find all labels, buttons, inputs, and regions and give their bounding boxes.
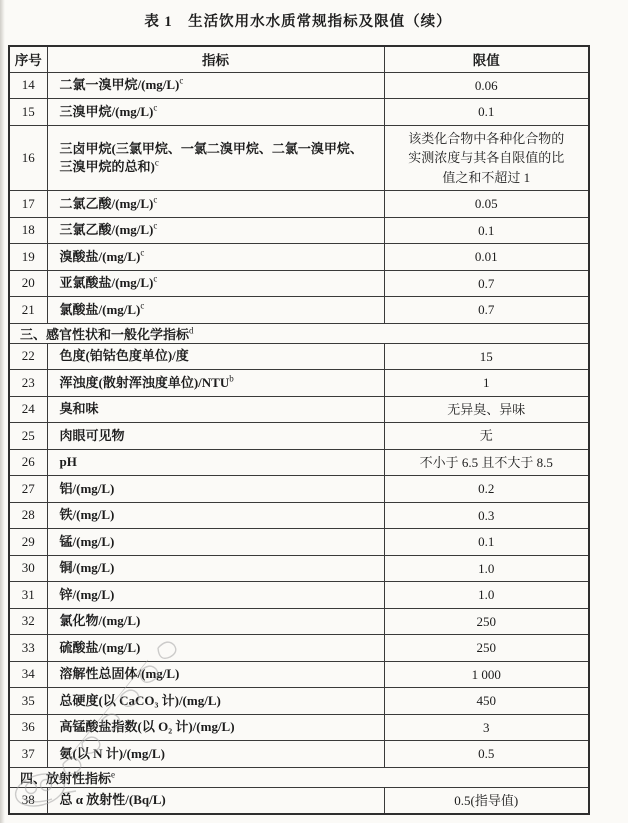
- limit-value: 15: [480, 349, 493, 364]
- limit-cell: 0.5: [384, 741, 589, 768]
- limit-cell: 250: [384, 635, 589, 662]
- limit-cell: 0.7: [384, 270, 589, 297]
- limit-value: 1.0: [478, 587, 494, 602]
- limit-cell: 1.0: [384, 582, 589, 609]
- limit-value: 无异臭、异味: [447, 402, 525, 417]
- indicator-cell: 溶解性总固体/(mg/L): [47, 661, 384, 688]
- indicator-cell: 臭和味: [47, 396, 384, 423]
- limit-value: 1.0: [478, 561, 494, 576]
- indicator-cell: 总 α 放射性/(Bq/L): [47, 787, 384, 814]
- header-row: 序号 指标 限值: [9, 46, 589, 72]
- table-row: 25肉眼可见物无: [9, 423, 589, 450]
- limit-value: 0.01: [475, 249, 498, 264]
- indicator-cell: 铁/(mg/L): [47, 502, 384, 529]
- limit-cell: 250: [384, 608, 589, 635]
- limit-value: 0.5: [478, 746, 494, 761]
- table-row: 20亚氯酸盐/(mg/L)c0.7: [9, 270, 589, 297]
- section-label: 四、放射性指标e: [9, 767, 589, 787]
- table-row: 34溶解性总固体/(mg/L)1 000: [9, 661, 589, 688]
- row-number: 21: [9, 297, 47, 324]
- indicator-label: 铜/(mg/L): [60, 560, 115, 575]
- section-label: 三、感官性状和一般化学指标d: [9, 323, 589, 343]
- limit-cell: 该类化合物中各种化合物的实测浓度与其各自限值的比值之和不超过 1: [384, 125, 589, 191]
- footnote-superscript: c: [153, 274, 157, 284]
- limit-cell: 0.06: [384, 72, 589, 99]
- row-number: 34: [9, 661, 47, 688]
- table-row: 17二氯乙酸/(mg/L)c0.05: [9, 191, 589, 218]
- indicator-label: 氯化物/(mg/L): [60, 613, 141, 628]
- table-row: 38总 α 放射性/(Bq/L)0.5(指导值): [9, 787, 589, 814]
- limit-value: 0.2: [478, 481, 494, 496]
- indicator-cell: 肉眼可见物: [47, 423, 384, 450]
- limit-value: 不小于 6.5 且不大于 8.5: [420, 455, 553, 470]
- footnote-superscript: c: [153, 194, 157, 204]
- footnote-superscript: e: [111, 769, 115, 779]
- limit-cell: 15: [384, 343, 589, 370]
- indicator-label: 亚氯酸盐/(mg/L): [60, 275, 154, 290]
- limit-value: 1 000: [472, 667, 501, 682]
- indicator-cell: 氨(以 N 计)/(mg/L): [47, 741, 384, 768]
- row-number: 36: [9, 714, 47, 741]
- header-cell-no: 序号: [9, 46, 47, 72]
- limit-value: 0.7: [478, 302, 494, 317]
- row-number: 24: [9, 396, 47, 423]
- row-number: 32: [9, 608, 47, 635]
- row-number: 25: [9, 423, 47, 450]
- indicator-label: 溴酸盐/(mg/L): [60, 249, 141, 264]
- footnote-superscript: c: [155, 157, 159, 167]
- table-row: 22色度(铂钴色度单位)/度15: [9, 343, 589, 370]
- limit-value: 无: [480, 428, 493, 443]
- table-row: 18三氯乙酸/(mg/L)c0.1: [9, 217, 589, 244]
- table-row: 15三溴甲烷/(mg/L)c0.1: [9, 99, 589, 126]
- footnote-superscript: c: [153, 102, 157, 112]
- table-row: 16三卤甲烷(三氯甲烷、一氯二溴甲烷、二氯一溴甲烷、三溴甲烷的总和)c该类化合物…: [9, 125, 589, 191]
- table-body: 14二氯一溴甲烷/(mg/L)c0.0615三溴甲烷/(mg/L)c0.116三…: [9, 72, 589, 814]
- limit-value: 0.3: [478, 508, 494, 523]
- limit-cell: 0.2: [384, 476, 589, 503]
- indicator-cell: 亚氯酸盐/(mg/L)c: [47, 270, 384, 297]
- indicator-label: 三溴甲烷/(mg/L): [60, 104, 154, 119]
- limit-cell: 450: [384, 688, 589, 715]
- indicator-label: pH: [60, 454, 77, 469]
- indicator-label: 氨(以 N 计)/(mg/L): [60, 746, 165, 761]
- row-number: 31: [9, 582, 47, 609]
- limit-cell: 0.1: [384, 99, 589, 126]
- indicator-label: 总 α 放射性/(Bq/L): [60, 792, 166, 807]
- row-number: 14: [9, 72, 47, 99]
- indicator-label: 色度(铂钴色度单位)/度: [60, 348, 189, 363]
- table-row: 26pH不小于 6.5 且不大于 8.5: [9, 449, 589, 476]
- table-row: 33硫酸盐/(mg/L)250: [9, 635, 589, 662]
- table-row: 36高锰酸盐指数(以 O₂ 计)/(mg/L)3: [9, 714, 589, 741]
- limit-value: 0.1: [478, 534, 494, 549]
- indicator-label: 锌/(mg/L): [60, 587, 115, 602]
- header-cell-limit: 限值: [384, 46, 589, 72]
- limit-value: 0.06: [475, 78, 498, 93]
- indicator-cell: 氯酸盐/(mg/L)c: [47, 297, 384, 324]
- indicator-label: 二氯乙酸/(mg/L): [60, 196, 154, 211]
- header-cell-indicator: 指标: [47, 46, 384, 72]
- indicator-cell: 三溴甲烷/(mg/L)c: [47, 99, 384, 126]
- indicator-cell: pH: [47, 449, 384, 476]
- indicator-cell: 浑浊度(散射浑浊度单位)/NTUb: [47, 370, 384, 397]
- row-number: 35: [9, 688, 47, 715]
- limit-cell: 不小于 6.5 且不大于 8.5: [384, 449, 589, 476]
- row-number: 29: [9, 529, 47, 556]
- water-quality-table: 序号 指标 限值 14二氯一溴甲烷/(mg/L)c0.0615三溴甲烷/(mg/…: [8, 45, 590, 815]
- limit-value: 250: [477, 614, 497, 629]
- indicator-cell: 色度(铂钴色度单位)/度: [47, 343, 384, 370]
- document-page: 表 1 生活饮用水水质常规指标及限值（续） 序号 指标 限值 14二氯一溴甲烷/…: [0, 0, 628, 823]
- indicator-cell: 二氯乙酸/(mg/L)c: [47, 191, 384, 218]
- indicator-label: 氯酸盐/(mg/L): [60, 302, 141, 317]
- row-number: 28: [9, 502, 47, 529]
- footnote-superscript: c: [153, 221, 157, 231]
- limit-value: 该类化合物中各种化合物的实测浓度与其各自限值的比值之和不超过 1: [408, 131, 564, 185]
- indicator-label: 铝/(mg/L): [60, 481, 115, 496]
- table-row: 30铜/(mg/L)1.0: [9, 555, 589, 582]
- indicator-label: 肉眼可见物: [60, 428, 125, 443]
- table-row: 24臭和味无异臭、异味: [9, 396, 589, 423]
- limit-value: 0.05: [475, 196, 498, 211]
- row-number: 19: [9, 244, 47, 271]
- footnote-superscript: b: [229, 373, 234, 383]
- indicator-cell: 锌/(mg/L): [47, 582, 384, 609]
- limit-cell: 0.05: [384, 191, 589, 218]
- limit-cell: 0.1: [384, 529, 589, 556]
- indicator-label: 硫酸盐/(mg/L): [60, 640, 141, 655]
- footnote-superscript: d: [189, 325, 194, 335]
- table-row: 28铁/(mg/L)0.3: [9, 502, 589, 529]
- indicator-cell: 总硬度(以 CaCO₃ 计)/(mg/L): [47, 688, 384, 715]
- indicator-label: 总硬度(以 CaCO₃ 计)/(mg/L): [60, 693, 221, 708]
- limit-cell: 3: [384, 714, 589, 741]
- table-row: 29锰/(mg/L)0.1: [9, 529, 589, 556]
- table-row: 21氯酸盐/(mg/L)c0.7: [9, 297, 589, 324]
- row-number: 15: [9, 99, 47, 126]
- indicator-cell: 铝/(mg/L): [47, 476, 384, 503]
- limit-cell: 0.7: [384, 297, 589, 324]
- indicator-label: 臭和味: [60, 401, 99, 416]
- table-row: 27铝/(mg/L)0.2: [9, 476, 589, 503]
- limit-value: 3: [483, 720, 490, 735]
- indicator-cell: 氯化物/(mg/L): [47, 608, 384, 635]
- limit-value: 450: [477, 693, 497, 708]
- indicator-label: 溶解性总固体/(mg/L): [60, 666, 180, 681]
- limit-value: 0.1: [478, 104, 494, 119]
- table-row: 37氨(以 N 计)/(mg/L)0.5: [9, 741, 589, 768]
- indicator-label: 浑浊度(散射浑浊度单位)/NTU: [60, 375, 230, 390]
- table-row: 32氯化物/(mg/L)250: [9, 608, 589, 635]
- row-number: 30: [9, 555, 47, 582]
- row-number: 20: [9, 270, 47, 297]
- limit-value: 0.5(指导值): [454, 793, 518, 808]
- indicator-label: 三氯乙酸/(mg/L): [60, 222, 154, 237]
- indicator-cell: 溴酸盐/(mg/L)c: [47, 244, 384, 271]
- limit-cell: 0.5(指导值): [384, 787, 589, 814]
- indicator-label: 三卤甲烷(三氯甲烷、一氯二溴甲烷、二氯一溴甲烷、三溴甲烷的总和): [60, 141, 363, 174]
- table-row: 35总硬度(以 CaCO₃ 计)/(mg/L)450: [9, 688, 589, 715]
- row-number: 18: [9, 217, 47, 244]
- limit-cell: 1 000: [384, 661, 589, 688]
- indicator-label: 二氯一溴甲烷/(mg/L): [60, 77, 180, 92]
- limit-cell: 0.3: [384, 502, 589, 529]
- indicator-cell: 三氯乙酸/(mg/L)c: [47, 217, 384, 244]
- indicator-label: 铁/(mg/L): [60, 507, 115, 522]
- indicator-cell: 铜/(mg/L): [47, 555, 384, 582]
- limit-value: 1: [483, 375, 490, 390]
- footnote-superscript: c: [179, 76, 183, 86]
- row-number: 26: [9, 449, 47, 476]
- indicator-label: 锰/(mg/L): [60, 534, 115, 549]
- limit-value: 0.7: [478, 276, 494, 291]
- limit-value: 250: [477, 640, 497, 655]
- section-header-row: 四、放射性指标e: [9, 767, 589, 787]
- limit-value: 0.1: [478, 223, 494, 238]
- footnote-superscript: c: [140, 247, 144, 257]
- indicator-cell: 硫酸盐/(mg/L): [47, 635, 384, 662]
- table-row: 23浑浊度(散射浑浊度单位)/NTUb1: [9, 370, 589, 397]
- indicator-cell: 二氯一溴甲烷/(mg/L)c: [47, 72, 384, 99]
- row-number: 23: [9, 370, 47, 397]
- indicator-cell: 锰/(mg/L): [47, 529, 384, 556]
- limit-cell: 1: [384, 370, 589, 397]
- limit-cell: 0.1: [384, 217, 589, 244]
- row-number: 17: [9, 191, 47, 218]
- row-number: 16: [9, 125, 47, 191]
- table-row: 14二氯一溴甲烷/(mg/L)c0.06: [9, 72, 589, 99]
- indicator-cell: 高锰酸盐指数(以 O₂ 计)/(mg/L): [47, 714, 384, 741]
- row-number: 33: [9, 635, 47, 662]
- table-row: 19溴酸盐/(mg/L)c0.01: [9, 244, 589, 271]
- limit-cell: 0.01: [384, 244, 589, 271]
- section-header-row: 三、感官性状和一般化学指标d: [9, 323, 589, 343]
- table-row: 31锌/(mg/L)1.0: [9, 582, 589, 609]
- scan-edge-artifact: [0, 0, 5, 823]
- row-number: 22: [9, 343, 47, 370]
- indicator-cell: 三卤甲烷(三氯甲烷、一氯二溴甲烷、二氯一溴甲烷、三溴甲烷的总和)c: [47, 125, 384, 191]
- row-number: 37: [9, 741, 47, 768]
- footnote-superscript: c: [140, 300, 144, 310]
- indicator-label: 高锰酸盐指数(以 O₂ 计)/(mg/L): [60, 719, 235, 734]
- page-title: 表 1 生活饮用水水质常规指标及限值（续）: [8, 10, 588, 31]
- limit-cell: 无异臭、异味: [384, 396, 589, 423]
- limit-cell: 1.0: [384, 555, 589, 582]
- row-number: 27: [9, 476, 47, 503]
- row-number: 38: [9, 787, 47, 814]
- limit-cell: 无: [384, 423, 589, 450]
